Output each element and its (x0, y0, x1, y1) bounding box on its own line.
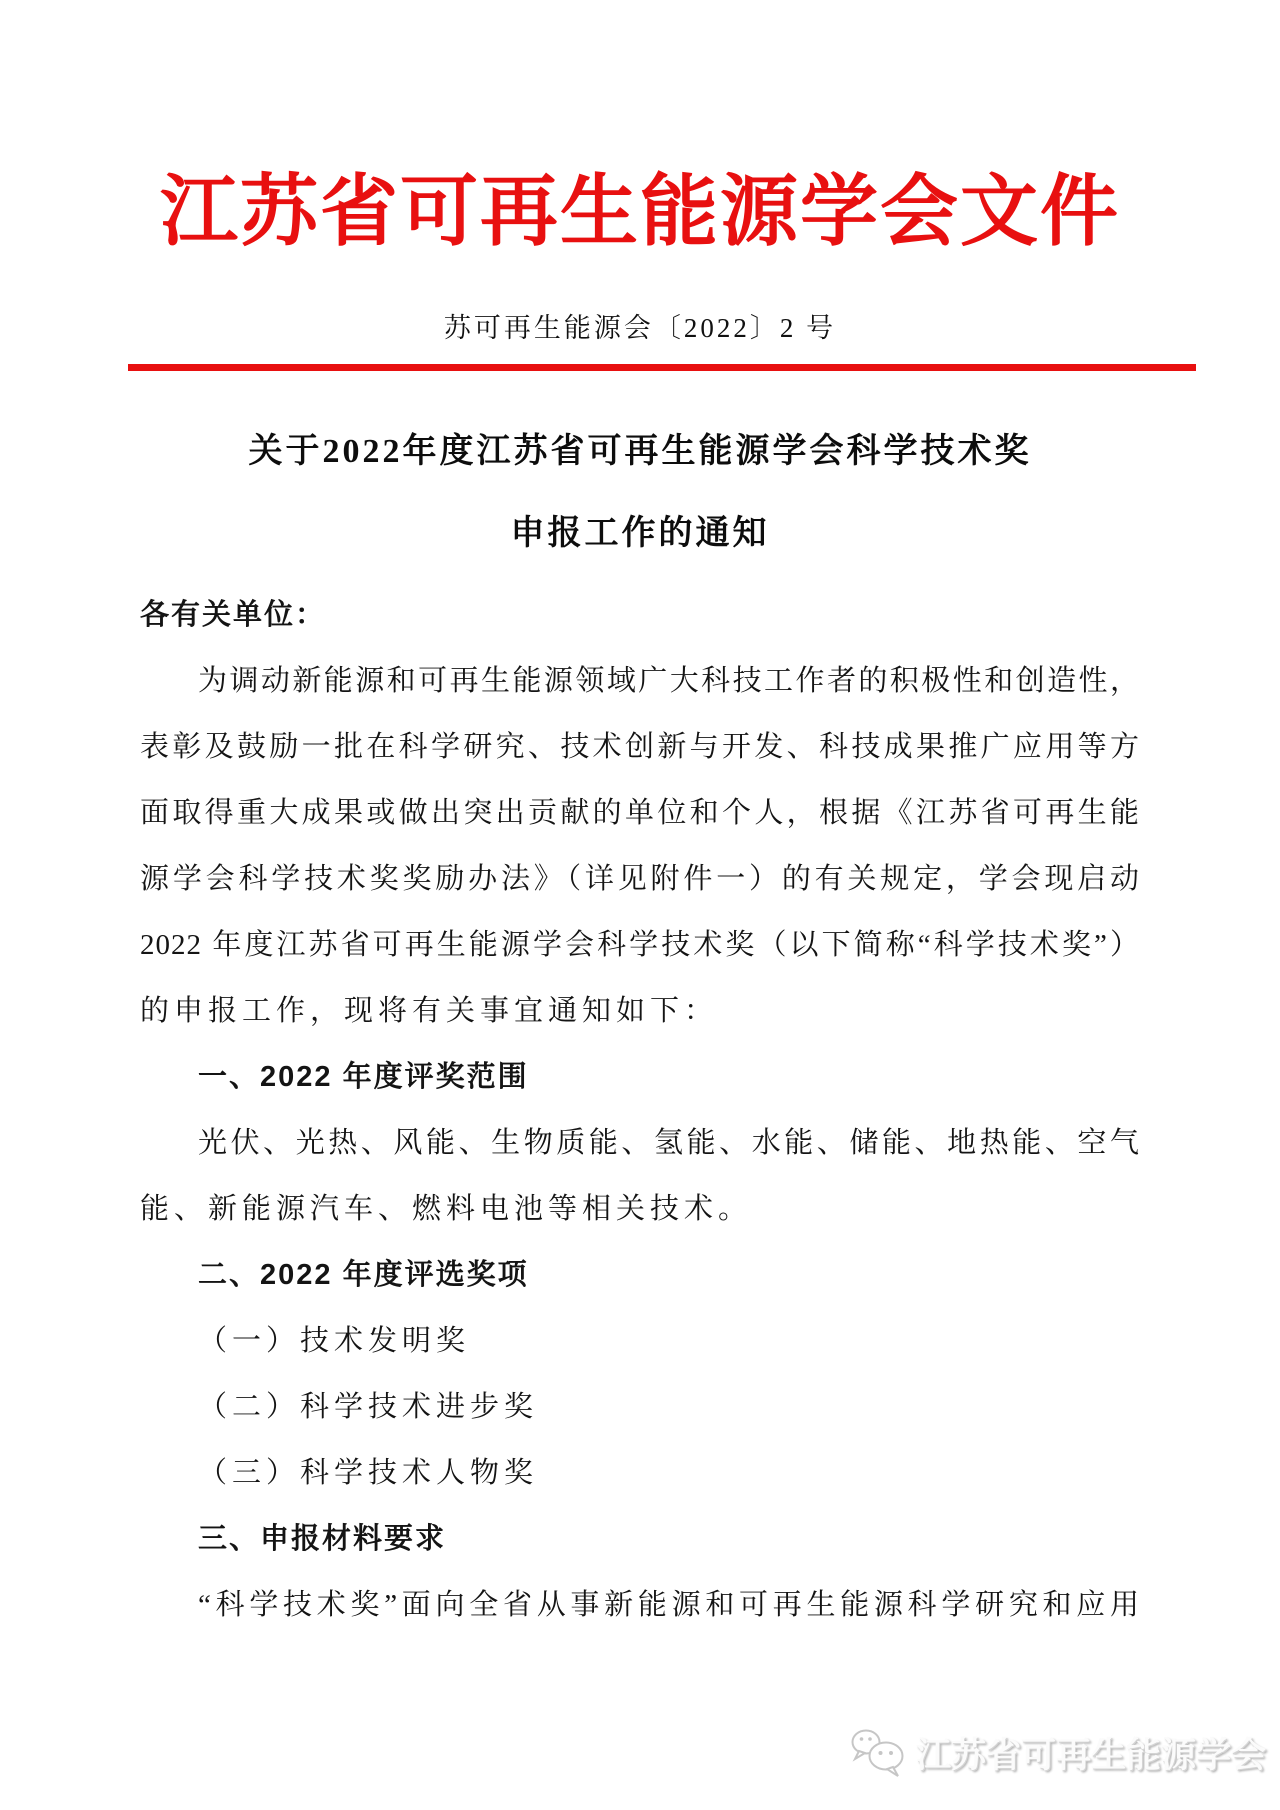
list-item: （一）技术发明奖 (140, 1308, 1140, 1374)
org-watermark-text: 江苏省可再生能源学会 (916, 1730, 1266, 1782)
body-line: 光伏、光热、风能、生物质能、氢能、水能、储能、地热能、空气 (140, 1110, 1140, 1176)
red-divider-rule (128, 364, 1196, 371)
section-heading-1: 一、2022 年度评奖范围 (140, 1044, 1140, 1110)
section-heading-2: 二、2022 年度评选奖项 (140, 1242, 1140, 1308)
official-document-page: 江苏省可再生能源学会文件 苏可再生能源会〔2022〕2 号 关于2022年度江苏… (0, 0, 1280, 1810)
body-line: 源学会科学技术奖奖励办法》（详见附件一）的有关规定，学会现启动 (140, 846, 1140, 912)
list-item: （三）科学技术人物奖 (140, 1440, 1140, 1506)
footer-watermark: 江苏省可再生能源学会 (850, 1726, 1266, 1785)
salutation: 各有关单位： (140, 582, 1140, 648)
letterhead-title: 江苏省可再生能源学会文件 (0, 168, 1280, 256)
document-number: 苏可再生能源会〔2022〕2 号 (0, 310, 1280, 346)
document-body: 各有关单位： 为调动新能源和可再生能源领域广大科技工作者的积极性和创造性， 表彰… (140, 582, 1140, 1638)
body-line: 的申报工作，现将有关事宜通知如下： (140, 978, 1140, 1044)
notice-title-line2: 申报工作的通知 (0, 512, 1280, 556)
body-line: 面取得重大成果或做出突出贡献的单位和个人，根据《江苏省可再生能 (140, 780, 1140, 846)
body-line: “科学技术奖”面向全省从事新能源和可再生能源科学研究和应用 (140, 1572, 1140, 1638)
list-item: （二）科学技术进步奖 (140, 1374, 1140, 1440)
body-line: 为调动新能源和可再生能源领域广大科技工作者的积极性和创造性， (140, 648, 1140, 714)
body-line: 能、新能源汽车、燃料电池等相关技术。 (140, 1176, 1140, 1242)
wechat-icon (850, 1726, 908, 1785)
body-line: 表彰及鼓励一批在科学研究、技术创新与开发、科技成果推广应用等方 (140, 714, 1140, 780)
notice-title-line1: 关于2022年度江苏省可再生能源学会科学技术奖 (0, 430, 1280, 474)
section-heading-3: 三、申报材料要求 (140, 1506, 1140, 1572)
body-line: 2022 年度江苏省可再生能源学会科学技术奖（以下简称“科学技术奖”） (140, 912, 1140, 978)
